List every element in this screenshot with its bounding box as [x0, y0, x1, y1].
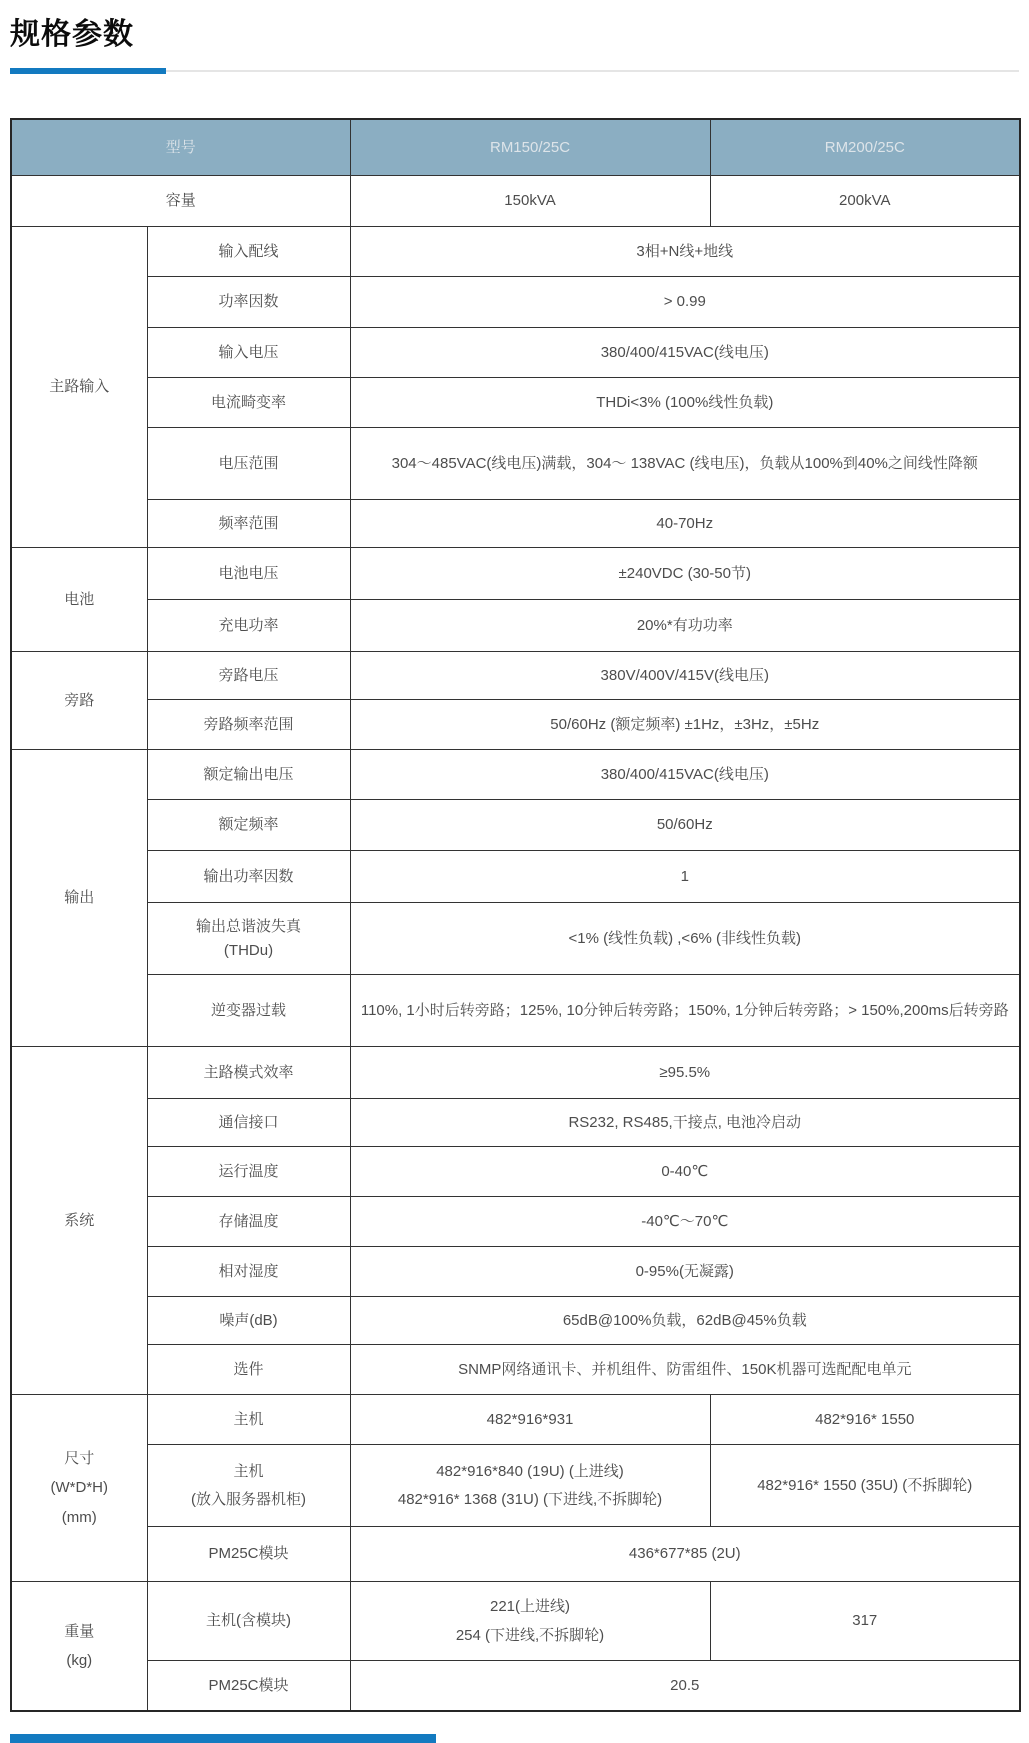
param-value: 65dB@100%负载，62dB@45%负载 [350, 1297, 1020, 1345]
title-underline [10, 68, 1019, 74]
section-label-output: 输出 [11, 750, 147, 1047]
table-row: 电流畸变率 THDi<3% (100%线性负载) [11, 378, 1020, 428]
param-value: THDi<3% (100%线性负载) [350, 378, 1020, 428]
next-section-accent-bar [10, 1734, 436, 1743]
param-label: PM25C模块 [147, 1661, 350, 1711]
param-label: 主路模式效率 [147, 1047, 350, 1099]
spec-page: 规格参数 型号 RM150/25C RM200/25C 容量 150kVA 20… [0, 14, 1029, 1743]
table-row: 输入电压 380/400/415VAC(线电压) [11, 328, 1020, 378]
param-label: 输入电压 [147, 328, 350, 378]
param-value: 317 [710, 1582, 1020, 1661]
param-label: 存储温度 [147, 1197, 350, 1247]
param-label: 噪声(dB) [147, 1297, 350, 1345]
param-value: 3相+N线+地线 [350, 227, 1020, 277]
param-value: 20%*有功功率 [350, 600, 1020, 652]
capacity-row: 容量 150kVA 200kVA [11, 176, 1020, 227]
param-value: -40℃〜70℃ [350, 1197, 1020, 1247]
param-label: 逆变器过载 [147, 975, 350, 1047]
model-name-1: RM150/25C [350, 119, 710, 176]
title-underline-accent-bar [10, 68, 166, 74]
param-label: 额定输出电压 [147, 750, 350, 800]
section-label-weight: 重量 (kg) [11, 1582, 147, 1711]
param-value: 221(上进线) 254 (下进线,不拆脚轮) [350, 1582, 710, 1661]
section-label-dimensions: 尺寸 (W*D*H) (mm) [11, 1395, 147, 1582]
table-row: 电池 电池电压 ±240VDC (30-50节) [11, 548, 1020, 600]
param-label: 相对湿度 [147, 1247, 350, 1297]
table-row: 尺寸 (W*D*H) (mm) 主机 482*916*931 482*916* … [11, 1395, 1020, 1445]
table-row: 主路输入 输入配线 3相+N线+地线 [11, 227, 1020, 277]
param-label: 主机(含模块) [147, 1582, 350, 1661]
param-label: 旁路电压 [147, 652, 350, 700]
param-value: <1% (线性负载) ,<6% (非线性负载) [350, 903, 1020, 975]
table-row: 输出功率因数 1 [11, 851, 1020, 903]
param-value: > 0.99 [350, 277, 1020, 328]
table-row: 输出总谐波失真 (THDu) <1% (线性负载) ,<6% (非线性负载) [11, 903, 1020, 975]
param-value: 50/60Hz [350, 800, 1020, 851]
param-value: 436*677*85 (2U) [350, 1527, 1020, 1582]
param-label: 额定频率 [147, 800, 350, 851]
section-label-main-input: 主路输入 [11, 227, 147, 548]
param-value: RS232, RS485,干接点, 电池冷启动 [350, 1099, 1020, 1147]
param-label: 通信接口 [147, 1099, 350, 1147]
table-row: 重量 (kg) 主机(含模块) 221(上进线) 254 (下进线,不拆脚轮) … [11, 1582, 1020, 1661]
table-row: 输出 额定输出电压 380/400/415VAC(线电压) [11, 750, 1020, 800]
table-row: 功率因数 > 0.99 [11, 277, 1020, 328]
param-value: 482*916* 1550 (35U) (不拆脚轮) [710, 1445, 1020, 1527]
table-row: 系统 主路模式效率 ≥95.5% [11, 1047, 1020, 1099]
table-row: 选件 SNMP网络通讯卡、并机组件、防雷组件、150K机器可选配配电单元 [11, 1345, 1020, 1395]
param-label: 功率因数 [147, 277, 350, 328]
param-label: 运行温度 [147, 1147, 350, 1197]
param-label: 输出功率因数 [147, 851, 350, 903]
param-value: ≥95.5% [350, 1047, 1020, 1099]
table-row: PM25C模块 20.5 [11, 1661, 1020, 1711]
param-label: 电压范围 [147, 428, 350, 500]
param-label: 频率范围 [147, 500, 350, 548]
param-value: 380/400/415VAC(线电压) [350, 750, 1020, 800]
table-row: 频率范围 40-70Hz [11, 500, 1020, 548]
table-row: 旁路 旁路电压 380V/400V/415V(线电压) [11, 652, 1020, 700]
param-label: 主机 (放入服务器机柜) [147, 1445, 350, 1527]
param-value: 304〜485VAC(线电压)满载，304〜 138VAC (线电压)，负载从1… [350, 428, 1020, 500]
param-value: 0-95%(无凝露) [350, 1247, 1020, 1297]
param-label: 主机 [147, 1395, 350, 1445]
param-label: 电流畸变率 [147, 378, 350, 428]
param-label: 电池电压 [147, 548, 350, 600]
param-value: 150kVA [350, 176, 710, 227]
param-value: 380V/400V/415V(线电压) [350, 652, 1020, 700]
table-row: 逆变器过载 110%, 1小时后转旁路；125%, 10分钟后转旁路；150%,… [11, 975, 1020, 1047]
title-underline-track-line [166, 70, 1019, 72]
page-title: 规格参数 [10, 14, 1029, 56]
param-value: 40-70Hz [350, 500, 1020, 548]
section-label-system: 系统 [11, 1047, 147, 1395]
table-row: 旁路频率范围 50/60Hz (额定频率) ±1Hz，±3Hz，±5Hz [11, 700, 1020, 750]
table-row: 噪声(dB) 65dB@100%负载，62dB@45%负载 [11, 1297, 1020, 1345]
param-value: 482*916* 1550 [710, 1395, 1020, 1445]
param-value: SNMP网络通讯卡、并机组件、防雷组件、150K机器可选配配电单元 [350, 1345, 1020, 1395]
table-row: 运行温度 0-40℃ [11, 1147, 1020, 1197]
param-value: 482*916*931 [350, 1395, 710, 1445]
param-label: 输入配线 [147, 227, 350, 277]
param-value: 1 [350, 851, 1020, 903]
param-value: 0-40℃ [350, 1147, 1020, 1197]
param-value: ±240VDC (30-50节) [350, 548, 1020, 600]
param-label: 容量 [11, 176, 350, 227]
table-row: 通信接口 RS232, RS485,干接点, 电池冷启动 [11, 1099, 1020, 1147]
table-row: PM25C模块 436*677*85 (2U) [11, 1527, 1020, 1582]
param-label: 输出总谐波失真 (THDu) [147, 903, 350, 975]
table-row: 电压范围 304〜485VAC(线电压)满载，304〜 138VAC (线电压)… [11, 428, 1020, 500]
section-label-bypass: 旁路 [11, 652, 147, 750]
table-row: 相对湿度 0-95%(无凝露) [11, 1247, 1020, 1297]
model-header-cell: 型号 [11, 119, 350, 176]
param-value: 200kVA [710, 176, 1020, 227]
table-row: 存储温度 -40℃〜70℃ [11, 1197, 1020, 1247]
param-label: 充电功率 [147, 600, 350, 652]
table-row: 充电功率 20%*有功功率 [11, 600, 1020, 652]
section-label-battery: 电池 [11, 548, 147, 652]
param-value: 110%, 1小时后转旁路；125%, 10分钟后转旁路；150%, 1分钟后转… [350, 975, 1020, 1047]
table-header-row: 型号 RM150/25C RM200/25C [11, 119, 1020, 176]
param-value: 482*916*840 (19U) (上进线) 482*916* 1368 (3… [350, 1445, 710, 1527]
param-value: 50/60Hz (额定频率) ±1Hz，±3Hz，±5Hz [350, 700, 1020, 750]
param-value: 20.5 [350, 1661, 1020, 1711]
model-name-2: RM200/25C [710, 119, 1020, 176]
param-value: 380/400/415VAC(线电压) [350, 328, 1020, 378]
spec-table: 型号 RM150/25C RM200/25C 容量 150kVA 200kVA … [10, 118, 1021, 1712]
table-row: 额定频率 50/60Hz [11, 800, 1020, 851]
table-row: 主机 (放入服务器机柜) 482*916*840 (19U) (上进线) 482… [11, 1445, 1020, 1527]
param-label: PM25C模块 [147, 1527, 350, 1582]
param-label: 旁路频率范围 [147, 700, 350, 750]
param-label: 选件 [147, 1345, 350, 1395]
